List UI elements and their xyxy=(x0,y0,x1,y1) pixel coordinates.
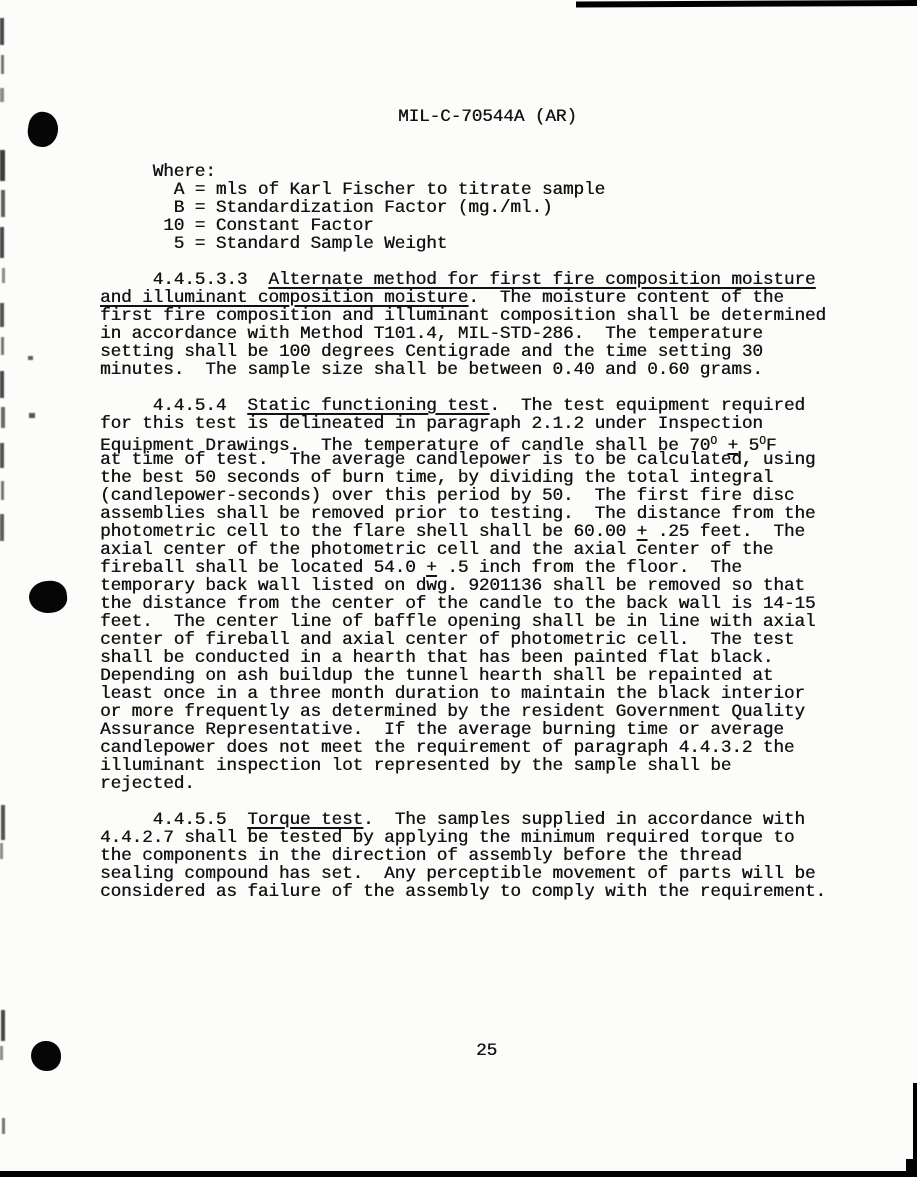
text-segment: least once in a three month duration to … xyxy=(100,684,805,704)
underlined-text: Torque test xyxy=(247,810,363,830)
scan-artifact-top-bar xyxy=(576,0,917,7)
text-line: least once in a three month duration to … xyxy=(100,685,826,703)
text-line: the best 50 seconds of burn time, by div… xyxy=(100,469,826,487)
text-segment: 4.4.5.5 xyxy=(100,810,247,830)
text-segment: minutes. The sample size shall be betwee… xyxy=(100,360,763,380)
hole-punch-mark-top xyxy=(26,110,61,149)
text-segment: or more frequently as determined by the … xyxy=(100,702,805,722)
text-line: the components in the direction of assem… xyxy=(100,847,826,865)
text-line: rejected. xyxy=(100,775,826,793)
text-line: the distance from the center of the cand… xyxy=(100,595,826,613)
scan-artifact-bottom-bar xyxy=(0,1171,917,1177)
text-segment: fireball shall be located 54.0 xyxy=(100,558,426,578)
text-segment: 5 = Standard Sample Weight xyxy=(100,234,447,254)
text-line: 4.4.5.3.3 Alternate method for first fir… xyxy=(100,271,826,289)
text-line: assemblies shall be removed prior to tes… xyxy=(100,505,826,523)
text-segment: for this test is delineated in paragraph… xyxy=(100,414,763,434)
superscript-text: O xyxy=(759,435,766,448)
superscript-text: O xyxy=(710,435,717,448)
text-segment: .5 inch from the floor. The xyxy=(437,558,742,578)
text-line: 5 = Standard Sample Weight xyxy=(100,235,826,253)
document-body-text: Where: A = mls of Karl Fischer to titrat… xyxy=(100,163,826,901)
underlined-text: + xyxy=(426,558,437,578)
text-line xyxy=(100,793,826,811)
text-line: shall be conducted in a hearth that has … xyxy=(100,649,826,667)
text-line: for this test is delineated in paragraph… xyxy=(100,415,826,433)
text-segment: at time of test. The average candlepower… xyxy=(100,450,815,470)
text-segment: . The moisture content of the xyxy=(468,288,784,308)
text-line: sealing compound has set. Any perceptibl… xyxy=(100,865,826,883)
text-segment: candlepower does not meet the requiremen… xyxy=(100,738,794,758)
text-segment: Assurance Representative. If the average… xyxy=(100,720,784,740)
underlined-text: + xyxy=(637,522,648,542)
text-segment: temporary back wall listed on dwg. 92011… xyxy=(100,576,805,596)
text-segment: A = mls of Karl Fischer to titrate sampl… xyxy=(100,180,605,200)
text-line: in accordance with Method T101.4, MIL-ST… xyxy=(100,325,826,343)
text-line: B = Standardization Factor (mg./ml.) xyxy=(100,199,826,217)
text-segment: Depending on ash buildup the tunnel hear… xyxy=(100,666,773,686)
text-line: A = mls of Karl Fischer to titrate sampl… xyxy=(100,181,826,199)
text-line: or more frequently as determined by the … xyxy=(100,703,826,721)
text-segment: axial center of the photometric cell and… xyxy=(100,540,773,560)
text-segment: center of fireball and axial center of p… xyxy=(100,630,794,650)
text-line: Equipment Drawings. The temperature of c… xyxy=(100,433,826,451)
text-line xyxy=(100,379,826,397)
text-segment: 4.4.2.7 shall be tested by applying the … xyxy=(100,828,794,848)
text-line: Depending on ash buildup the tunnel hear… xyxy=(100,667,826,685)
text-line: 4.4.5.4 Static functioning test. The tes… xyxy=(100,397,826,415)
text-segment: assemblies shall be removed prior to tes… xyxy=(100,504,815,524)
text-line: 4.4.2.7 shall be tested by applying the … xyxy=(100,829,826,847)
underlined-text: and illuminant composition moisture xyxy=(100,288,468,308)
text-line: photometric cell to the flare shell shal… xyxy=(100,523,826,541)
text-segment: B = Standardization Factor (mg./ml.) xyxy=(100,198,552,218)
text-segment: . The samples supplied in accordance wit… xyxy=(363,810,805,830)
text-line: setting shall be 100 degrees Centigrade … xyxy=(100,343,826,361)
text-line: Assurance Representative. If the average… xyxy=(100,721,826,739)
text-line: center of fireball and axial center of p… xyxy=(100,631,826,649)
scanned-document-page: MIL-C-70544A (AR) Where: A = mls of Karl… xyxy=(0,0,917,1177)
text-line: minutes. The sample size shall be betwee… xyxy=(100,361,826,379)
page-number: 25 xyxy=(476,1041,497,1061)
text-line: first fire composition and illuminant co… xyxy=(100,307,826,325)
text-segment: Where: xyxy=(100,162,216,182)
text-line: and illuminant composition moisture. The… xyxy=(100,289,826,307)
text-line: Where: xyxy=(100,163,826,181)
text-segment: considered as failure of the assembly to… xyxy=(100,882,826,902)
text-line: considered as failure of the assembly to… xyxy=(100,883,826,901)
text-line: 10 = Constant Factor xyxy=(100,217,826,235)
text-segment: 4.4.5.3.3 xyxy=(100,270,268,290)
text-segment: in accordance with Method T101.4, MIL-ST… xyxy=(100,324,763,344)
text-segment: the distance from the center of the cand… xyxy=(100,594,815,614)
text-segment: .25 feet. The xyxy=(647,522,805,542)
text-line: (candlepower-seconds) over this period b… xyxy=(100,487,826,505)
text-line: at time of test. The average candlepower… xyxy=(100,451,826,469)
document-id-header: MIL-C-70544A (AR) xyxy=(398,107,577,127)
text-segment: first fire composition and illuminant co… xyxy=(100,306,826,326)
text-line xyxy=(100,253,826,271)
text-segment: rejected. xyxy=(100,774,195,794)
hole-punch-mark-middle xyxy=(27,579,68,615)
text-line: fireball shall be located 54.0 + .5 inch… xyxy=(100,559,826,577)
text-segment: (candlepower-seconds) over this period b… xyxy=(100,486,794,506)
text-segment: . The test equipment required xyxy=(489,396,805,416)
underlined-text: Alternate method for first fire composit… xyxy=(268,270,815,290)
text-segment: sealing compound has set. Any perceptibl… xyxy=(100,864,815,884)
text-segment: 4.4.5.4 xyxy=(100,396,247,416)
text-segment: feet. The center line of baffle opening … xyxy=(100,612,815,632)
text-line: 4.4.5.5 Torque test. The samples supplie… xyxy=(100,811,826,829)
text-segment: 10 = Constant Factor xyxy=(100,216,374,236)
text-segment: shall be conducted in a hearth that has … xyxy=(100,648,773,668)
underlined-text: Static functioning test xyxy=(247,396,489,416)
hole-punch-mark-bottom xyxy=(31,1041,61,1071)
text-segment: illuminant inspection lot represented by… xyxy=(100,756,731,776)
text-line: axial center of the photometric cell and… xyxy=(100,541,826,559)
text-line: feet. The center line of baffle opening … xyxy=(100,613,826,631)
scan-artifact-corner-block xyxy=(906,1159,917,1177)
text-line: temporary back wall listed on dwg. 92011… xyxy=(100,577,826,595)
text-segment: the components in the direction of assem… xyxy=(100,846,742,866)
text-segment: the best 50 seconds of burn time, by div… xyxy=(100,468,773,488)
text-line: candlepower does not meet the requiremen… xyxy=(100,739,826,757)
text-line: illuminant inspection lot represented by… xyxy=(100,757,826,775)
text-segment: photometric cell to the flare shell shal… xyxy=(100,522,637,542)
text-segment: setting shall be 100 degrees Centigrade … xyxy=(100,342,763,362)
